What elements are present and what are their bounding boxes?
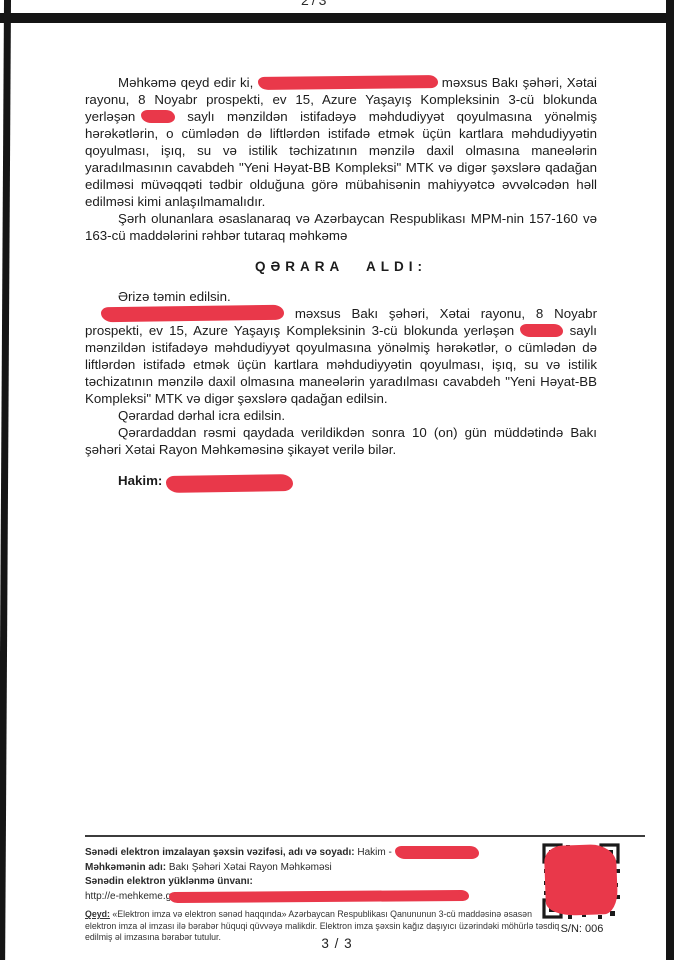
signer-row: Sənədi elektron imzalayan şəxsin vəzifəs… xyxy=(85,846,555,861)
court-value: Bakı Şəhəri Xətai Rayon Məhkəməsi xyxy=(166,862,332,873)
document-url: http://e-mehkeme.go xyxy=(85,891,177,902)
paragraph-application-granted: Ərizə təmin edilsin. xyxy=(85,288,597,305)
footer-separator-line xyxy=(85,835,645,837)
paragraph-immediate-execution: Qərardad dərhal icra edilsin. xyxy=(85,407,597,424)
paragraph-court-note: Məhkəmə qeyd edir ki, məxsus Bakı şəhəri… xyxy=(85,74,597,210)
page-right-border xyxy=(666,0,674,960)
decision-heading: QƏRARA ALDI: xyxy=(85,258,597,275)
court-note-text-3: saylı mənzildən istifadəyə məhdudiyyət q… xyxy=(85,109,597,209)
court-label: Məhkəmənin adı: xyxy=(85,862,166,873)
judge-label: Hakim: xyxy=(118,473,162,488)
court-row: Məhkəmənin adı: Bakı Şəhəri Xətai Rayon … xyxy=(85,861,555,876)
note-label: Qeyd: xyxy=(85,909,110,919)
redaction-owner-name-2 xyxy=(101,305,284,323)
redaction-url xyxy=(169,889,469,902)
redaction-owner-name xyxy=(257,75,437,90)
court-note-text-1: Məhkəmə qeyd edir ki, xyxy=(118,75,258,90)
redaction-apartment-number-2 xyxy=(520,324,563,337)
page-number: 3 / 3 xyxy=(0,936,674,951)
paragraph-appeal-terms: Qərardaddan rəsmi qaydada verildikdən so… xyxy=(85,424,597,458)
signer-label: Sənədi elektron imzalayan şəxsin vəzifəs… xyxy=(85,847,355,858)
page-divider-bar xyxy=(0,13,674,23)
page-left-border xyxy=(0,0,11,960)
redaction-qr-code xyxy=(544,844,618,916)
previous-page-number: 2/3 xyxy=(301,0,329,8)
redaction-judge-name xyxy=(166,474,293,493)
url-label: Sənədin elektron yüklənmə ünvanı: xyxy=(85,876,253,887)
document-body: Məhkəmə qeyd edir ki, məxsus Bakı şəhəri… xyxy=(85,74,597,490)
redaction-signer-name xyxy=(395,846,479,859)
signer-value: Hakim - xyxy=(355,847,395,858)
judge-signature-line: Hakim: xyxy=(85,472,597,490)
url-label-row: Sənədin elektron yüklənmə ünvanı: xyxy=(85,875,555,890)
serial-number: S/N: 006 xyxy=(538,923,626,935)
paragraph-legal-basis: Şərh olunanlara əsaslanaraq və Azərbayca… xyxy=(85,210,597,244)
qr-code xyxy=(542,843,622,921)
url-row: http://e-mehkeme.go xyxy=(85,890,555,905)
e-signature-info: Sənədi elektron imzalayan şəxsin vəzifəs… xyxy=(85,846,555,904)
redaction-apartment-number xyxy=(141,110,175,123)
paragraph-decision: məxsus Bakı şəhəri, Xətai rayonu, 8 Noya… xyxy=(85,305,597,407)
